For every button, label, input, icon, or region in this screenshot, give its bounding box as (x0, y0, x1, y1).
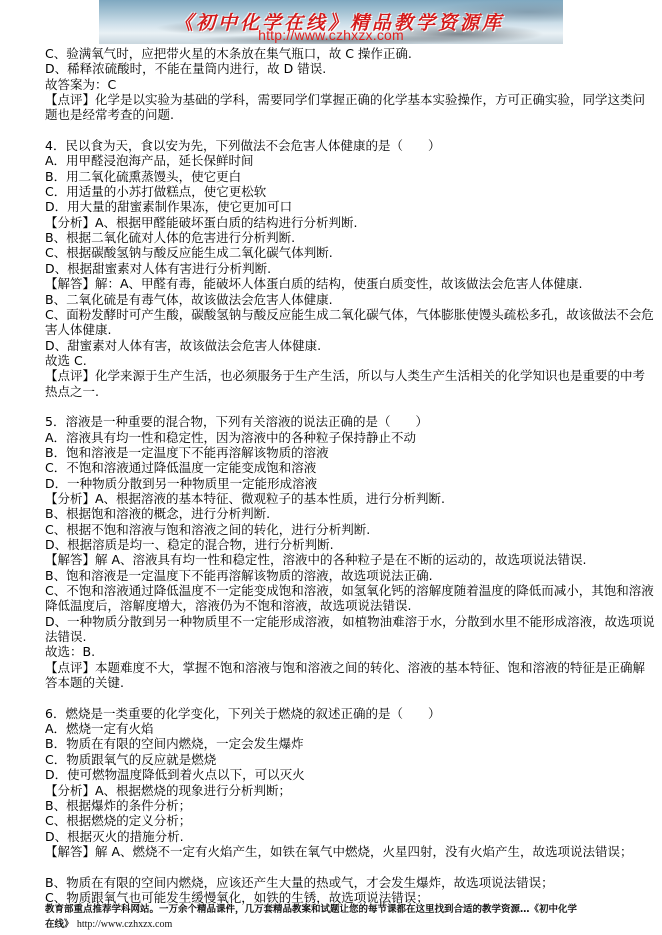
text-line: C、根据不饱和溶液与饱和溶液之间的转化，进行分析判断. (45, 522, 620, 537)
text-line: 6．燃烧是一类重要的化学变化，下列关于燃烧的叙述正确的是（ ） (45, 706, 620, 721)
text-line: D．一种物质分散到另一种物质里一定能形成溶液 (45, 476, 620, 491)
text-line: 题也是经常考查的问题. (45, 107, 620, 122)
text-line: 故选 C. (45, 353, 620, 368)
text-line: 【分析】A、根据燃烧的现象进行分析判断； (45, 783, 620, 798)
text-line: 【分析】A、根据溶液的基本特征、微观粒子的基本性质，进行分析判断. (45, 491, 620, 506)
text-line: C、面粉发酵时可产生酸，碳酸氢钠与酸反应能生成二氧化碳气体，气体膨胀使馒头疏松多… (45, 307, 620, 322)
text-line: D、稀释浓硫酸时，不能在量筒内进行，故 D 错误. (45, 61, 620, 76)
text-line: A．用甲醛浸泡海产品，延长保鲜时间 (45, 153, 620, 168)
text-line: D、甜蜜素对人体有害，故该做法会危害人体健康. (45, 338, 620, 353)
text-line: B、二氧化硫是有毒气体，故该做法会危害人体健康. (45, 292, 620, 307)
text-line: 【点评】化学来源于生产生活，也必须服务于生产生活，所以与人类生产生活相关的化学知… (45, 368, 620, 383)
page-footer: 教育部重点推荐学科网站。一万余个精品课件，几万套精品教案和试题让您的每节课都在这… (45, 902, 645, 932)
text-line: D．用大量的甜蜜素制作果冻，使它更加可口 (45, 199, 620, 214)
text-line: B、根据二氧化硫对人体的危害进行分析判断. (45, 230, 620, 245)
text-line: B、物质在有限的空间内燃烧，应该还产生大量的热或气，才会发生爆炸，故选项说法错误… (45, 875, 620, 890)
text-line: C、根据碳酸氢钠与酸反应能生成二氧化碳气体判断. (45, 245, 620, 260)
blank-line (45, 399, 620, 414)
text-line: C、不饱和溶液通过降低温度不一定能变成饱和溶液，如氢氧化钙的溶解度随着温度的降低… (45, 583, 620, 598)
site-banner: 《初中化学在线》精品教学资源库 http://www.czhxzx.com (99, 0, 563, 44)
text-line: 降低温度后，溶解度增大，溶液仍为不饱和溶液，故选项说法错误. (45, 598, 620, 613)
text-line: 【解答】解 A、溶液具有均一性和稳定性，溶液中的各种粒子是在不断的运动的，故选项… (45, 552, 620, 567)
text-line: C．用适量的小苏打做糕点，使它更松软 (45, 184, 620, 199)
text-line: D．使可燃物温度降低到着火点以下，可以灭火 (45, 767, 620, 782)
footer-line-2: 在线》 http://www.czhxzx.com (45, 917, 645, 932)
text-line: 【解答】解：A、甲醛有毒，能破坏人体蛋白质的结构，使蛋白质变性，故该做法会危害人… (45, 276, 620, 291)
text-line: 【点评】化学是以实验为基础的学科，需要同学们掌握正确的化学基本实验操作，方可正确… (45, 92, 620, 107)
footer-promo-text: 教育部重点推荐学科网站。一万余个精品课件，几万套精品教案和试题让您的每节课都在这… (45, 902, 645, 917)
document-body: C、验满氧气时，应把带火星的木条放在集气瓶口，故 C 操作正确.D、稀释浓硫酸时… (45, 46, 620, 905)
blank-line (45, 123, 620, 138)
text-line: 害人体健康. (45, 322, 620, 337)
text-line: D、根据甜蜜素对人体有害进行分析判断. (45, 261, 620, 276)
text-line: B．饱和溶液是一定温度下不能再溶解该物质的溶液 (45, 445, 620, 460)
text-line: D、根据溶质是均一、稳定的混合物，进行分析判断. (45, 537, 620, 552)
footer-site-name: 在线》 (45, 919, 74, 930)
text-line: 热点之一. (45, 384, 620, 399)
text-line: B．用二氧化硫熏蒸馒头，使它更白 (45, 169, 620, 184)
text-line: D、一种物质分散到另一种物质里不一定能形成溶液，如植物油难溶于水，分散到水里不能… (45, 614, 620, 629)
text-line: 故选：B. (45, 644, 620, 659)
text-line: B、根据饱和溶液的概念，进行分析判断. (45, 506, 620, 521)
text-line: 法错误. (45, 629, 620, 644)
text-line: B．物质在有限的空间内燃烧，一定会发生爆炸 (45, 736, 620, 751)
banner-url: http://www.czhxzx.com (99, 27, 563, 43)
text-line: 故答案为：C (45, 77, 620, 92)
text-line: C．不饱和溶液通过降低温度一定能变成饱和溶液 (45, 460, 620, 475)
text-line: B、根据爆炸的条件分析； (45, 798, 620, 813)
blank-line (45, 690, 620, 705)
blank-line (45, 859, 620, 874)
text-line: 4．民以食为天，食以安为先，下列做法不会危害人体健康的是（ ） (45, 138, 620, 153)
text-line: C、根据燃烧的定义分析； (45, 813, 620, 828)
text-line: C、验满氧气时，应把带火星的木条放在集气瓶口，故 C 操作正确. (45, 46, 620, 61)
text-line: D、根据灭火的措施分析. (45, 829, 620, 844)
text-line: B、饱和溶液是一定温度下不能再溶解该物质的溶液，故选项说法正确. (45, 568, 620, 583)
text-line: 5．溶液是一种重要的混合物，下列有关溶液的说法正确的是（ ） (45, 414, 620, 429)
text-line: 【解答】解 A、燃烧不一定有火焰产生，如铁在氧气中燃烧，火星四射，没有火焰产生，… (45, 844, 620, 859)
text-line: A．燃烧一定有火焰 (45, 721, 620, 736)
text-line: 答本题的关键. (45, 675, 620, 690)
text-line: C．物质跟氧气的反应就是燃烧 (45, 752, 620, 767)
footer-url-link[interactable]: http://www.czhxzx.com (77, 919, 172, 930)
text-line: 【分析】A、根据甲醛能破坏蛋白质的结构进行分析判断. (45, 215, 620, 230)
text-line: A．溶液具有均一性和稳定性，因为溶液中的各种粒子保持静止不动 (45, 430, 620, 445)
text-line: 【点评】本题难度不大，掌握不饱和溶液与饱和溶液之间的转化、溶液的基本特征、饱和溶… (45, 660, 620, 675)
